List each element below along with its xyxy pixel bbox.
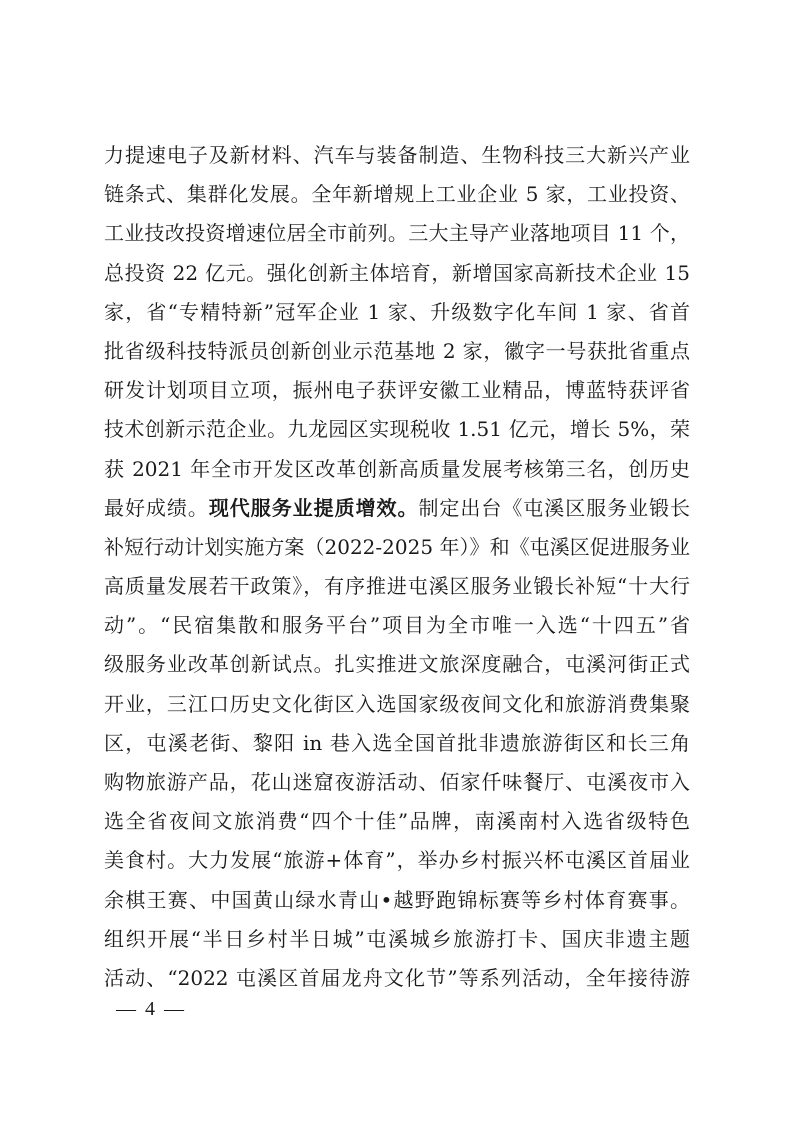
text-segment: 活动、“2022 屯溪区首届龙舟文化节”等系列活动，全年接待游 — [104, 966, 690, 990]
text-line: 工业技改投资增速位居全市前列。三大主导产业落地项目 11 个， — [104, 214, 690, 253]
text-segment: 制定出台《屯溪区服务业锻长 — [418, 496, 690, 520]
text-segment: 选全省夜间文旅消费“四个十佳”品牌，南溪南村入选省级特色 — [104, 809, 690, 833]
text-line: 总投资 22 亿元。强化创新主体培育，新增国家高新技术企业 15 — [104, 254, 690, 293]
text-segment: 动”。“民宿集散和服务平台”项目为全市唯一入选“十四五”省 — [104, 613, 690, 637]
text-segment: 余棋王赛、中国黄山绿水青山•越野跑锦标赛等乡村体育赛事。 — [104, 888, 690, 912]
text-segment: 总投资 22 亿元。强化创新主体培育，新增国家高新技术企业 15 — [104, 261, 690, 285]
text-line: 动”。“民宿集散和服务平台”项目为全市唯一入选“十四五”省 — [104, 606, 690, 645]
page-number: — 4 — — [116, 998, 186, 1021]
text-line: 研发计划项目立项，振州电子获评安徽工业精品，博蓝特获评省 — [104, 371, 690, 410]
text-line: 开业，三江口历史文化街区入选国家级夜间文化和旅游消费集聚 — [104, 685, 690, 724]
text-line: 获 2021 年全市开发区改革创新高质量发展考核第三名，创历史 — [104, 450, 690, 489]
text-line: 购物旅游产品，花山迷窟夜游活动、佰家仟味餐厅、屯溪夜市入 — [104, 763, 690, 802]
text-segment: 工业技改投资增速位居全市前列。三大主导产业落地项目 11 个， — [104, 221, 690, 245]
text-segment: 组织开展“半日乡村半日城”屯溪城乡旅游打卡、国庆非遗主题 — [104, 927, 690, 951]
text-segment: 家，省“专精特新”冠军企业 1 家、升级数字化车间 1 家、省首 — [104, 300, 690, 324]
body-paragraph: 力提速电子及新材料、汽车与装备制造、生物科技三大新兴产业链条式、集群化发展。全年… — [104, 136, 690, 998]
text-segment: 获 2021 年全市开发区改革创新高质量发展考核第三名，创历史 — [104, 457, 690, 481]
bold-heading-text: 现代服务业提质增效。 — [209, 496, 419, 520]
text-line: 高质量发展若干政策》，有序推进屯溪区服务业锻长补短“十大行 — [104, 567, 690, 606]
text-segment: 批省级科技特派员创新创业示范基地 2 家，徽字一号获批省重点 — [104, 339, 690, 363]
text-line: 最好成绩。现代服务业提质增效。制定出台《屯溪区服务业锻长 — [104, 489, 690, 528]
text-line: 活动、“2022 屯溪区首届龙舟文化节”等系列活动，全年接待游 — [104, 959, 690, 998]
text-segment: 开业，三江口历史文化街区入选国家级夜间文化和旅游消费集聚 — [104, 692, 690, 716]
text-segment: 最好成绩。 — [104, 496, 209, 520]
text-line: 级服务业改革创新试点。扎实推进文旅深度融合，屯溪河街正式 — [104, 645, 690, 684]
text-line: 家，省“专精特新”冠军企业 1 家、升级数字化车间 1 家、省首 — [104, 293, 690, 332]
text-line: 批省级科技特派员创新创业示范基地 2 家，徽字一号获批省重点 — [104, 332, 690, 371]
text-segment: 美食村。大力发展“旅游+体育”，举办乡村振兴杯屯溪区首届业 — [104, 848, 690, 872]
text-line: 选全省夜间文旅消费“四个十佳”品牌，南溪南村入选省级特色 — [104, 802, 690, 841]
text-line: 美食村。大力发展“旅游+体育”，举办乡村振兴杯屯溪区首届业 — [104, 841, 690, 880]
text-segment: 高质量发展若干政策》，有序推进屯溪区服务业锻长补短“十大行 — [104, 574, 690, 598]
text-line: 力提速电子及新材料、汽车与装备制造、生物科技三大新兴产业 — [104, 136, 690, 175]
text-segment: 购物旅游产品，花山迷窟夜游活动、佰家仟味餐厅、屯溪夜市入 — [104, 770, 690, 794]
text-line: 技术创新示范企业。九龙园区实现税收 1.51 亿元，增长 5%，荣 — [104, 410, 690, 449]
text-segment: 链条式、集群化发展。全年新增规上工业企业 5 家，工业投资、 — [104, 182, 690, 206]
document-page: 力提速电子及新材料、汽车与装备制造、生物科技三大新兴产业链条式、集群化发展。全年… — [0, 0, 793, 1122]
text-line: 链条式、集群化发展。全年新增规上工业企业 5 家，工业投资、 — [104, 175, 690, 214]
text-line: 余棋王赛、中国黄山绿水青山•越野跑锦标赛等乡村体育赛事。 — [104, 881, 690, 920]
text-line: 补短行动计划实施方案（2022-2025 年）》和《屯溪区促进服务业 — [104, 528, 690, 567]
text-segment: 补短行动计划实施方案（2022-2025 年）》和《屯溪区促进服务业 — [104, 535, 690, 559]
text-segment: 研发计划项目立项，振州电子获评安徽工业精品，博蓝特获评省 — [104, 378, 690, 402]
text-line: 区，屯溪老街、黎阳 in 巷入选全国首批非遗旅游街区和长三角 — [104, 724, 690, 763]
text-segment: 技术创新示范企业。九龙园区实现税收 1.51 亿元，增长 5%，荣 — [104, 417, 690, 441]
text-segment: 力提速电子及新材料、汽车与装备制造、生物科技三大新兴产业 — [104, 143, 690, 167]
text-segment: 级服务业改革创新试点。扎实推进文旅深度融合，屯溪河街正式 — [104, 652, 690, 676]
text-line: 组织开展“半日乡村半日城”屯溪城乡旅游打卡、国庆非遗主题 — [104, 920, 690, 959]
text-segment: 区，屯溪老街、黎阳 in 巷入选全国首批非遗旅游街区和长三角 — [104, 731, 690, 755]
